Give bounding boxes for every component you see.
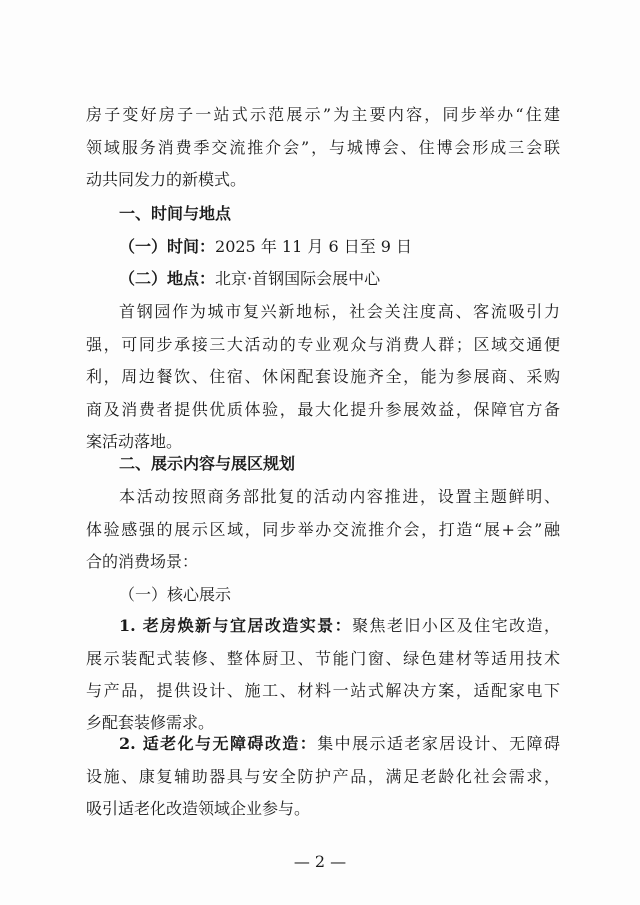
place-value: 北京·首钢国际会展中心 xyxy=(215,269,380,288)
paragraph-line: 利，周边餐饮、住宿、休闲配套设施齐全，能为参展商、采购 xyxy=(86,365,560,389)
paragraph-line: 领域服务消费季交流推介会”，与城博会、住博会形成三会联 xyxy=(86,136,560,160)
time-row: （一）时间：2025 年 11 月 6 日至 9 日 xyxy=(119,235,560,259)
page-number: — 2 — xyxy=(0,850,640,874)
paragraph-line: 房子变好房子一站式示范展示”为主要内容，同步举办“住建 xyxy=(86,103,560,127)
place-label: （二）地点： xyxy=(119,269,215,288)
place-row: （二）地点：北京·首钢国际会展中心 xyxy=(119,267,560,291)
subsection-heading-core-display: （一）核心展示 xyxy=(119,583,560,607)
item1-title: 1. 老房焕新与宜居改造实景： xyxy=(119,616,352,635)
paragraph-line: 体验感强的展示区域，同步举办交流推介会，打造“展+会”融 xyxy=(86,518,560,542)
item1-text: 聚焦老旧小区及住宅改造， xyxy=(352,616,560,635)
time-value: 2025 年 11 月 6 日至 9 日 xyxy=(215,237,412,256)
time-label: （一）时间： xyxy=(119,237,215,256)
paragraph-line: 动共同发力的新模式。 xyxy=(86,168,560,192)
paragraph-line: 展示装配式装修、整体厨卫、节能门窗、绿色建材等适用技术 xyxy=(86,647,560,671)
item2-title: 2. 适老化与无障碍改造： xyxy=(119,734,317,753)
paragraph-line: 设施、康复辅助器具与安全防护产品，满足老龄化社会需求， xyxy=(86,765,560,789)
item2-text: 集中展示适老家居设计、无障碍 xyxy=(317,734,560,753)
document-page: 房子变好房子一站式示范展示”为主要内容，同步举办“住建 领域服务消费季交流推介会… xyxy=(0,0,640,905)
paragraph-line: 合的消费场景： xyxy=(86,550,560,574)
paragraph-line: 强，可同步承接三大活动的专业观众与消费人群；区域交通便 xyxy=(86,333,560,357)
item1-first-line: 1. 老房焕新与宜居改造实景：聚焦老旧小区及住宅改造， xyxy=(119,614,560,638)
paragraph-line: 商及消费者提供优质体验，最大化提升参展效益，保障官方备 xyxy=(86,398,560,422)
paragraph-line: 案活动落地。 xyxy=(86,430,560,454)
section-heading-time-place: 一、时间与地点 xyxy=(119,202,560,226)
paragraph-line: 首钢园作为城市复兴新地标，社会关注度高、客流吸引力 xyxy=(119,300,560,324)
paragraph-line: 与产品，提供设计、施工、材料一站式解决方案，适配家电下 xyxy=(86,679,560,703)
item2-first-line: 2. 适老化与无障碍改造：集中展示适老家居设计、无障碍 xyxy=(119,732,560,756)
section-heading-content-planning: 二、展示内容与展区规划 xyxy=(119,452,560,476)
paragraph-line: 吸引适老化改造领域企业参与。 xyxy=(86,797,560,821)
paragraph-line: 本活动按照商务部批复的活动内容推进，设置主题鲜明、 xyxy=(119,485,560,509)
